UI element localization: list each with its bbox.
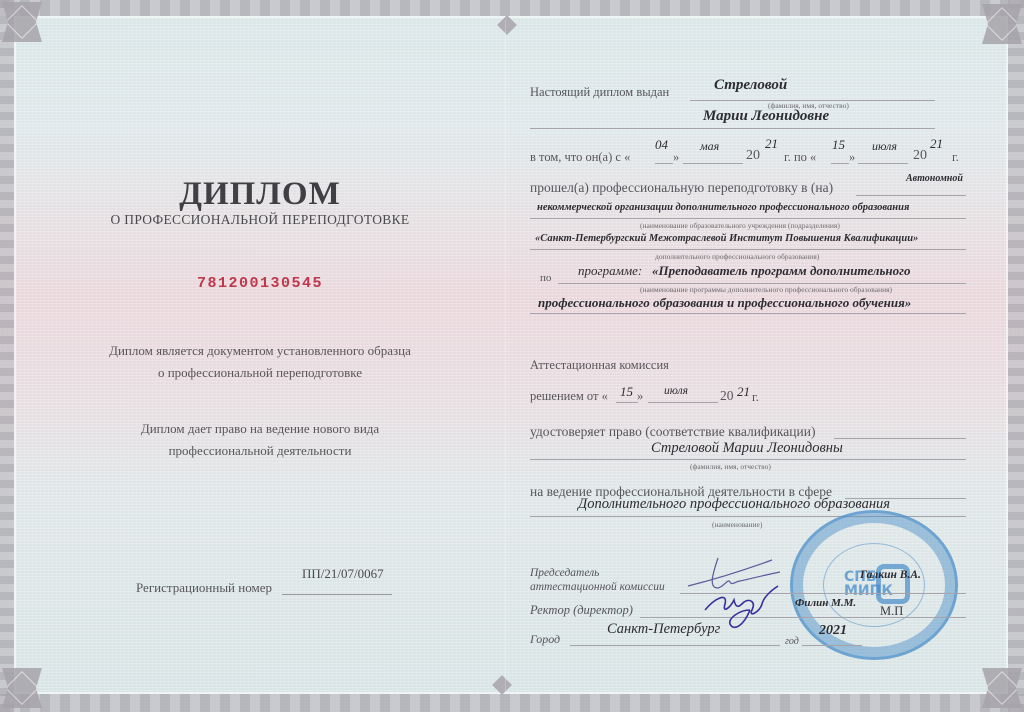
fold-line	[505, 20, 506, 692]
quote: »	[849, 150, 855, 165]
border-left	[0, 0, 14, 712]
chair-label-line1: Председатель	[530, 567, 599, 579]
field-hint: (наименование образовательного учреждени…	[640, 221, 840, 230]
year-suffix: г.	[952, 150, 959, 165]
border-right	[1008, 0, 1024, 712]
to-year: 21	[930, 136, 943, 152]
rector-signature-icon	[700, 580, 800, 640]
underline	[530, 128, 935, 129]
quote: »	[637, 389, 643, 404]
org-name-line1: Автономной	[906, 173, 963, 184]
year-prefix: 20	[913, 148, 927, 164]
decision-year: 21	[737, 384, 750, 400]
statement-line: профессиональной деятельности	[70, 440, 450, 462]
program-name-line1: «Преподаватель программ дополнительного	[652, 263, 910, 279]
from-day: 04	[655, 137, 668, 153]
border-top	[0, 0, 1024, 16]
corner-ornament-icon	[2, 2, 42, 42]
diploma-title: ДИПЛОМ	[30, 176, 490, 213]
decision-day: 15	[620, 384, 633, 400]
underline	[530, 218, 966, 219]
recipient-given-names: Марии Леонидовне	[703, 108, 829, 125]
quote: »	[673, 150, 679, 165]
stamp-inner-ring: СПБ МИПК	[823, 543, 925, 627]
from-month: мая	[700, 139, 719, 154]
registration-label: Регистрационный номер	[136, 580, 272, 596]
issued-label: Настоящий диплом выдан	[530, 85, 669, 100]
rector-label: Ректор (директор)	[530, 603, 633, 618]
certified-name: Стреловой Марии Леонидовны	[651, 440, 843, 457]
diploma-document: ДИПЛОМ О ПРОФЕССИОНАЛЬНОЙ ПЕРЕПОДГОТОВКЕ…	[0, 0, 1024, 712]
statement-line: о профессиональной переподготовке	[70, 362, 450, 384]
seal-label: М.П	[880, 604, 903, 619]
diploma-subtitle: О ПРОФЕССИОНАЛЬНОЙ ПЕРЕПОДГОТОВКЕ	[30, 212, 490, 228]
underline	[856, 195, 966, 196]
sphere-value: Дополнительного профессионального образо…	[578, 496, 890, 513]
program-prefix: по	[540, 272, 551, 284]
statement-line: Диплом дает право на ведение нового вида	[70, 418, 450, 440]
chair-name: Галкин В.А.	[860, 569, 921, 581]
border-bottom	[0, 694, 1024, 712]
underline	[831, 163, 849, 164]
certifies-label: удостоверяет право (соответствие квалифи…	[530, 424, 815, 440]
chair-label-line2: аттестационной комиссии	[530, 581, 665, 593]
underline	[530, 459, 966, 460]
underline	[648, 402, 718, 403]
year-suffix: г.	[752, 390, 759, 405]
corner-ornament-icon	[2, 668, 42, 708]
city-label: Город	[530, 632, 560, 647]
registration-number: ПП/21/07/0067	[302, 566, 384, 582]
corner-ornament-icon	[982, 4, 1022, 44]
year-prefix: 20	[746, 148, 760, 164]
field-hint: (наименование программы дополнительного …	[640, 285, 892, 294]
underline	[530, 249, 966, 250]
decision-label: решением от «	[530, 389, 608, 404]
org-name-line3: «Санкт-Петербургский Межотраслевой Инсти…	[535, 233, 918, 244]
year-prefix: 20	[720, 388, 734, 404]
underline	[558, 283, 966, 284]
underline	[655, 163, 673, 164]
underline	[858, 163, 908, 164]
underline	[683, 163, 743, 164]
underline	[834, 438, 966, 439]
registration-underline	[282, 594, 392, 595]
from-year: 21	[765, 136, 778, 152]
underline	[570, 645, 780, 646]
field-hint: (фамилия, имя, отчество)	[690, 462, 771, 471]
statement-line: Диплом является документом установленног…	[70, 340, 450, 362]
corner-ornament-icon	[982, 668, 1022, 708]
to-label: г. по «	[784, 150, 816, 165]
underline	[802, 645, 862, 646]
period-label: в том, что он(а) с «	[530, 150, 630, 165]
recipient-surname: Стреловой	[714, 77, 787, 94]
field-hint: (наименование)	[712, 520, 762, 529]
serial-number: 781200130545	[30, 275, 490, 292]
year-value: 2021	[819, 623, 847, 639]
passed-label: прошел(а) профессиональную переподготовк…	[530, 180, 833, 196]
field-hint: дополнительного профессионального образо…	[655, 252, 819, 261]
to-day: 15	[832, 137, 845, 153]
decision-month: июля	[664, 385, 688, 397]
org-name-line2: некоммерческой организации дополнительно…	[537, 202, 909, 213]
underline	[530, 313, 966, 314]
statement-rights: Диплом дает право на ведение нового вида…	[70, 418, 450, 462]
to-month: июля	[872, 139, 897, 154]
commission-label: Аттестационная комиссия	[530, 358, 669, 373]
program-name-line2: профессионального образования и професси…	[538, 295, 911, 311]
program-label: программе:	[578, 263, 642, 279]
statement-document-type: Диплом является документом установленног…	[70, 340, 450, 384]
underline	[616, 402, 638, 403]
